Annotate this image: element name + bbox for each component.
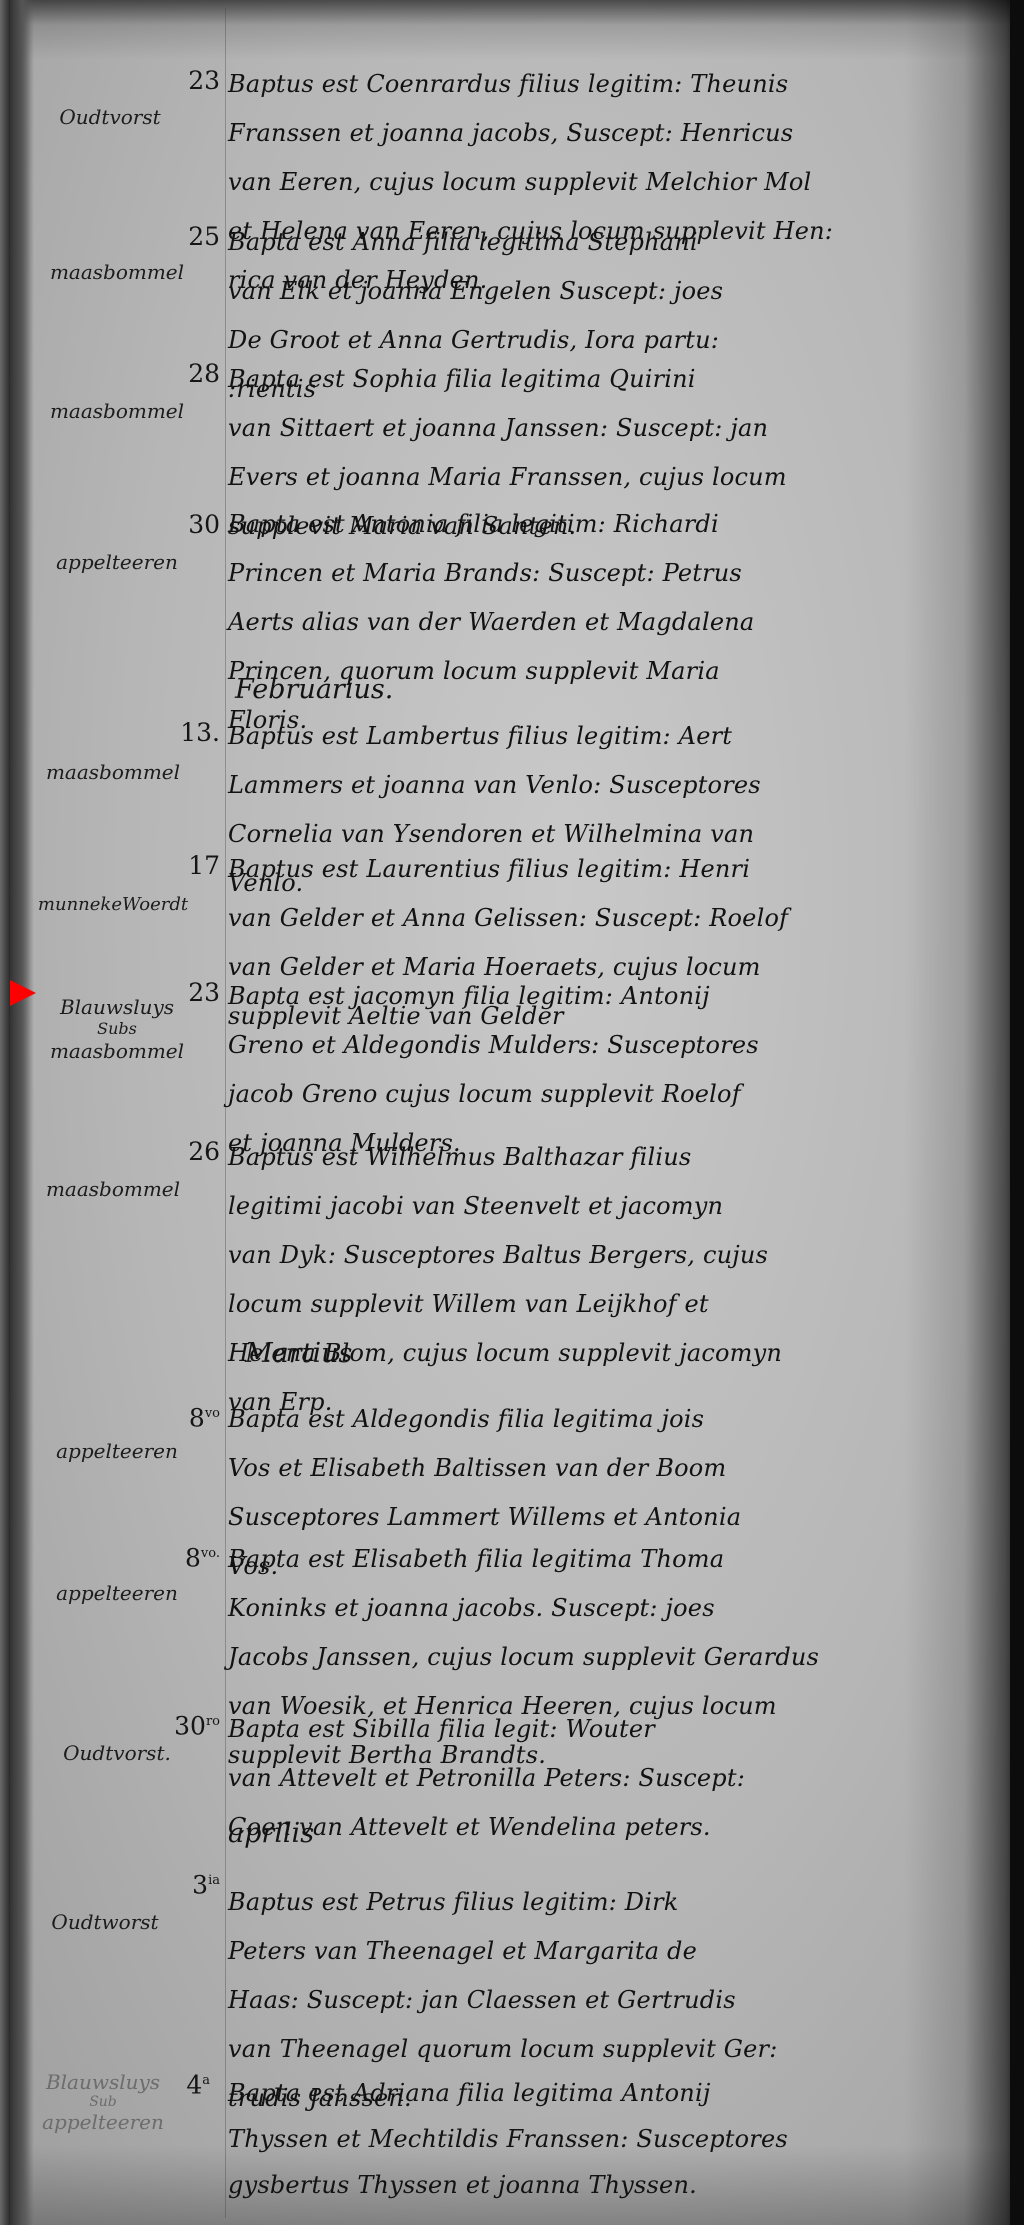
entry-line: jacob Greno cujus locum supplevit Roelof xyxy=(228,1070,933,1119)
entry-line: van Eeren, cujus locum supplevit Melchio… xyxy=(228,158,933,207)
entry-date: 17 xyxy=(160,851,220,881)
entry-line: Peters van Theenagel et Margarita de xyxy=(228,1927,933,1976)
entry-line: Evers et joanna Maria Franssen, cujus lo… xyxy=(228,453,933,502)
entry-text: Baptus est Wilhelmus Balthazar filius le… xyxy=(228,1133,933,1427)
entry-line: van Theenagel quorum locum supplevit Ger… xyxy=(228,2025,933,2074)
entry-line: van Attevelt et Petronilla Peters: Susce… xyxy=(228,1754,933,1803)
entry-line: van Sittaert et joanna Janssen: Suscept:… xyxy=(228,404,933,453)
register-page: 23 Oudtvorst Baptus est Coenrardus filiu… xyxy=(0,0,1024,2225)
entry-line: Baptus est Petrus filius legitim: Dirk xyxy=(228,1878,933,1927)
entry-line: Franssen et joanna jacobs, Suscept: Henr… xyxy=(228,109,933,158)
entry-line: Baptus est Wilhelmus Balthazar filius xyxy=(228,1133,933,1182)
entry-line: Bapta est Sibilla filia legit: Wouter xyxy=(228,1705,933,1754)
entry-date: 25 xyxy=(160,222,220,252)
entry-text: Bapta est Sibilla filia legit: Wouter va… xyxy=(228,1705,933,1852)
entry-place: maasbommel xyxy=(18,760,208,784)
entry-place-line: Subs xyxy=(22,1018,212,1040)
entry-line: van Dyk: Susceptores Baltus Bergers, cuj… xyxy=(228,1231,933,1280)
entry-date: 8vo. xyxy=(160,1539,220,1573)
entry-line: Bapta est Anna filia legitima Stephani xyxy=(228,218,933,267)
entry-date: 28 xyxy=(160,359,220,389)
month-heading-februarius: Februarius. xyxy=(235,674,393,705)
entry-place: appelteeren xyxy=(22,550,212,574)
entry-place-line: maasbommel xyxy=(22,1040,212,1062)
entry-line: Bapta est Antonia filia legitim: Richard… xyxy=(228,500,933,549)
entry-date: 23 xyxy=(160,66,220,96)
entry-place: Oudtvorst. xyxy=(22,1741,212,1765)
entry-line: Baptus est Laurentius filius legitim: He… xyxy=(228,845,933,894)
entry-place: munnekeWoerdt xyxy=(18,893,208,917)
entry-line: Aerts alias van der Waerden et Magdalena xyxy=(228,598,933,647)
entry-text: Bapta est Antonia filia legitim: Richard… xyxy=(228,500,933,745)
entry-line: Baptus est Coenrardus filius legitim: Th… xyxy=(228,60,933,109)
month-heading-aprilis: aprilis xyxy=(228,1818,314,1849)
entry-place: maasbommel xyxy=(22,399,212,423)
entry-place: appelteeren xyxy=(22,1581,212,1605)
entry-line: Baptus est Lambertus filius legitim: Aer… xyxy=(228,712,933,761)
entry-line: van Elk et joanna Engelen Suscept: joes xyxy=(228,267,933,316)
entry-line: Greno et Aldegondis Mulders: Susceptores xyxy=(228,1021,933,1070)
entry-line: Bapta est Aldegondis filia legitima jois xyxy=(228,1395,933,1444)
entry-place: Blauwsluys Subs maasbommel xyxy=(22,996,212,1062)
entry-line: Bapta est jacomyn filia legitim: Antonij xyxy=(228,972,933,1021)
entry-date: 30 xyxy=(160,510,220,540)
entry-line: Coen van Attevelt et Wendelina peters. xyxy=(228,1803,933,1852)
entry-place: Oudtworst xyxy=(10,1910,200,1934)
entry-place: maasbommel xyxy=(22,260,212,284)
entry-line: Jacobs Janssen, cujus locum supplevit Ge… xyxy=(228,1633,933,1682)
entry-place: appelteeren xyxy=(22,1439,212,1463)
entry-place: Blauwsluys Sub appelteeren xyxy=(8,2072,198,2132)
entry-line: locum supplevit Willem van Leijkhof et xyxy=(228,1280,933,1329)
entry-date: 3ia xyxy=(160,1866,220,1900)
entry-line: gysbertus Thyssen et joanna Thyssen. xyxy=(228,2162,933,2208)
entry-line: Princen et Maria Brands: Suscept: Petrus xyxy=(228,549,933,598)
entry-line: van Gelder et Anna Gelissen: Suscept: Ro… xyxy=(228,894,933,943)
entry-line: Thyssen et Mechtildis Franssen: Suscepto… xyxy=(228,2116,933,2162)
month-heading-martius: Martius xyxy=(245,1338,352,1369)
entry-date: 8vo xyxy=(160,1399,220,1433)
entry-place-line: Sub xyxy=(8,2092,198,2112)
entry-line: Koninks et joanna jacobs. Suscept: joes xyxy=(228,1584,933,1633)
entry-place-line: Blauwsluys xyxy=(22,996,212,1018)
entry-date: 13. xyxy=(160,718,220,748)
entry-date: 30ro xyxy=(160,1707,220,1741)
entry-line: legitimi jacobi van Steenvelt et jacomyn xyxy=(228,1182,933,1231)
entry-date: 26 xyxy=(160,1137,220,1167)
entry-line: Haas: Suscept: jan Claessen et Gertrudis xyxy=(228,1976,933,2025)
entry-place: Oudtvorst xyxy=(40,105,180,129)
entry-place-line: Blauwsluys xyxy=(8,2072,198,2092)
entry-line: Bapta est Adriana filia legitima Antonij xyxy=(228,2070,933,2116)
entry-line: Lammers et joanna van Venlo: Susceptores xyxy=(228,761,933,810)
entry-line: Bapta est Sophia filia legitima Quirini xyxy=(228,355,933,404)
entry-line: Vos et Elisabeth Baltissen van der Boom xyxy=(228,1444,933,1493)
entry-place-line: appelteeren xyxy=(8,2112,198,2132)
entry-line: Bapta est Elisabeth filia legitima Thoma xyxy=(228,1535,933,1584)
entry-place: maasbommel xyxy=(18,1177,208,1201)
entry-text: Bapta est Adriana filia legitima Antonij… xyxy=(228,2070,933,2208)
